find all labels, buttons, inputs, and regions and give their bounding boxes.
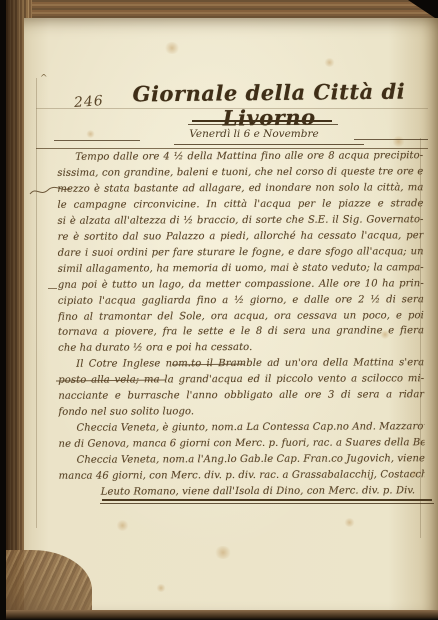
manuscript-line: che ha durato ½ ora e poi ha cessato. bbox=[58, 340, 424, 358]
manuscript-line: Checcia Veneta, è giunto, nom.a La Conte… bbox=[58, 419, 424, 437]
foxing-spot bbox=[156, 584, 166, 592]
foxing-spot bbox=[164, 42, 180, 54]
manuscript-line: simil allagamento, ha memoria di uomo, m… bbox=[58, 260, 424, 278]
foxing-spot bbox=[116, 520, 129, 531]
date-flourish-rule bbox=[354, 139, 428, 140]
manuscript-line: nacciante e burrasche l'anno obbligato a… bbox=[58, 387, 424, 405]
manuscript-line: re è sortito dal suo Palazzo a piedi, al… bbox=[58, 228, 424, 246]
entry-closing-rule bbox=[100, 503, 434, 504]
manuscript-line: tornava a piovere, fra le sette e le 8 d… bbox=[58, 324, 424, 342]
manuscript-line: sissima, con grandine, baleni e tuoni, c… bbox=[57, 164, 423, 182]
manuscript-line: dare i suoi ordini per fare sturare le f… bbox=[58, 244, 424, 262]
margin-dash-mark bbox=[48, 288, 57, 289]
foxing-spot bbox=[214, 546, 232, 559]
date-flourish-rule bbox=[54, 140, 140, 141]
manuscript-line: fondo nel suo solito luogo. bbox=[58, 403, 424, 421]
title-underline bbox=[192, 120, 332, 122]
foxing-spot bbox=[324, 58, 335, 67]
manuscript-line: fino al tramontar del Sole, ora acqua, o… bbox=[58, 308, 424, 326]
title-underline bbox=[188, 124, 338, 125]
margin-rule-left bbox=[36, 78, 37, 528]
manuscript-line: ne di Genova, manca 6 giorni con Merc. p… bbox=[58, 435, 424, 453]
margin-caret-mark: ^ bbox=[40, 74, 48, 84]
date-heading: Venerdì li 6 e Novembre bbox=[134, 128, 374, 140]
manuscript-line: Tempo dalle ore 4 ½ della Mattina fino a… bbox=[57, 148, 423, 166]
manuscript-photo: ^ 246 Giornale della Città di Livorno Ve… bbox=[0, 0, 438, 620]
entry-closing-rule bbox=[102, 499, 432, 501]
foxing-spot bbox=[344, 518, 355, 527]
manuscript-line: si è alzata all'altezza di ½ braccio, di… bbox=[58, 212, 424, 230]
manuscript-body: Tempo dalle ore 4 ½ della Mattina fino a… bbox=[57, 148, 425, 501]
manuscript-line: gna poi è tutto un lago, da metter compa… bbox=[58, 276, 424, 294]
manuscript-line: le campagne circonvicine. In città l'acq… bbox=[57, 196, 423, 214]
foxing-spot bbox=[392, 136, 405, 147]
manuscript-line: mezzo è stata bastante ad allagare, ed i… bbox=[57, 180, 423, 198]
manuscript-page: ^ 246 Giornale della Città di Livorno Ve… bbox=[24, 18, 438, 610]
foxing-spot bbox=[86, 130, 95, 138]
manuscript-line: cipiato l'acqua gagliarda fino a ½ giorn… bbox=[58, 292, 424, 310]
manuscript-line: Checcia Veneta, nom.a l'Ang.lo Gab.le Ca… bbox=[59, 451, 425, 469]
page-number: 246 bbox=[73, 93, 104, 111]
date-underline bbox=[174, 144, 364, 145]
book-bottom-edge bbox=[6, 610, 438, 620]
manuscript-line: manca 46 giorni, con Merc. div. p. div. … bbox=[59, 467, 425, 485]
